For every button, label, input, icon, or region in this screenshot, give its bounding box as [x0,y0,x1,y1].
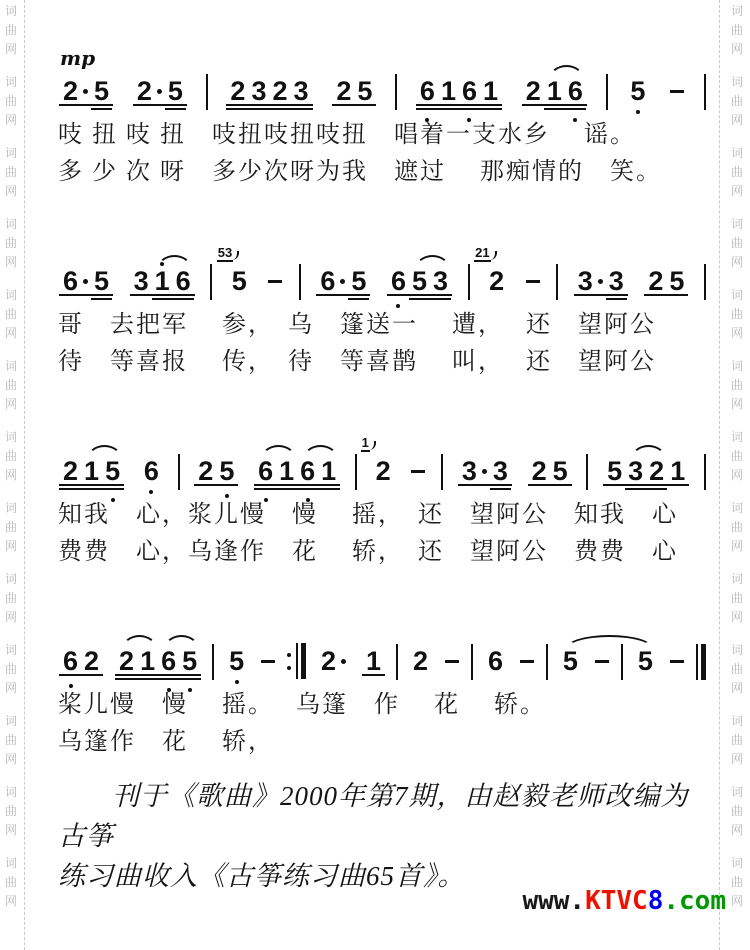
beam-line [115,674,201,676]
note-digit: 3 [628,454,643,488]
note-group: 6161 [253,454,341,488]
note: 3 [459,454,490,488]
note-group: 25 [193,454,239,488]
lyrics-line: 乌篷作 花 轿， [58,721,274,756]
barline [212,644,214,680]
beam-line [194,484,238,486]
thick-barline [301,643,306,679]
note-digit: 2 [230,74,245,108]
note-group: 2 [316,644,351,678]
note-group: 2165 [114,644,202,678]
barline [178,454,180,490]
beam-line [416,108,502,110]
footer-line-1: 刊于《歌曲》2000年第7期，由赵毅老师改编为古筝 [58,776,703,856]
beam-line [226,108,312,110]
note-group: 216 [521,74,588,108]
dash-line [445,660,459,663]
note-digit: 1 [140,644,155,678]
note-digit: 2 [137,74,152,108]
note: 553 [229,264,250,298]
note-digit: 5 [357,74,372,108]
barline [468,264,470,300]
note: 3 [490,454,511,488]
note-digit: 5 [607,454,622,488]
note: 5 [348,264,369,298]
dash-note [266,264,284,298]
note-group: 21 [371,454,396,488]
barline [299,264,301,300]
lyrics-line: 哥 去把军 参， 乌 篷送一 遭， 还 望阿公 [58,304,656,339]
dash-note [518,644,536,678]
note-digit: 2 [198,454,213,488]
note-digit: 1 [321,454,336,488]
note: 1 [667,454,688,488]
grace-note: 1 [361,436,370,452]
beam-line [544,108,565,110]
lyrics-line: 知我 心，浆儿慢 慢 摇， 还 望阿公 知我 心 [58,494,678,529]
note-digit: 1 [279,454,294,488]
beam-line [226,104,312,106]
note-digit: 2 [526,74,541,108]
note-group: 62 [58,644,104,678]
note-group: 6 [139,454,164,488]
note-group: 5 [625,74,650,108]
note-digit: 2 [648,264,663,298]
barline [546,644,548,680]
note-digit: 3 [493,454,508,488]
note: 1 [438,74,459,108]
thin-barline [696,644,698,680]
note-digit: 2 [84,644,99,678]
notes-row: 21562561612133255321 [58,454,706,494]
dash-line [261,660,275,663]
note-group: 25 [331,74,377,108]
lyrics-line: 多 少 次 呀 多少次呀为我 遮过 那痴情的 笑。 [58,151,662,186]
note: 6 [60,264,91,298]
note: 2 [116,644,137,678]
note-digit: 5 [105,454,120,488]
note-digit: 5 [638,644,653,678]
barline [395,74,397,110]
augmentation-dot [157,89,162,94]
beam-line [362,674,385,676]
beam-line [316,294,370,296]
note: 5 [354,74,375,108]
note: 3 [625,454,646,488]
notes-row: 6221655212655 [58,644,706,684]
beam-line [565,108,586,110]
beam-line [348,298,369,300]
barline [586,454,588,490]
dash-line [268,280,282,283]
note-digit: 6 [391,264,406,298]
dash-line [411,470,425,473]
note-digit: 3 [609,264,624,298]
barline [556,264,558,300]
note-digit: 5 [553,454,568,488]
thick-barline [701,644,706,680]
lyrics-line: 吱 扭 吱 扭 吱扭吱扭吱扭 唱着一支水乡 谣。 [58,114,636,149]
slur [303,445,338,459]
dash-line [670,90,684,93]
note: 2 [60,454,81,488]
dash-line [526,280,540,283]
note: 5 [635,644,656,678]
note-group: 6 [483,644,508,678]
note-digit: 2 [489,264,504,298]
note-digit: 6 [568,74,583,108]
note-group: 25 [58,74,114,108]
beam-line [91,298,112,300]
note: 1 [137,644,158,678]
slur [87,445,122,459]
note-digit: 6 [176,264,191,298]
beam-line [522,104,587,106]
note: 1 [480,74,501,108]
note-group: 215 [58,454,125,488]
note: 2 [269,74,290,108]
note: 1 [544,74,565,108]
barline [355,454,357,490]
notes-row: 252523232561612165 [58,74,706,114]
repeat-dot [287,653,291,657]
note: 6 [173,264,194,298]
note-digit: 5 [94,74,109,108]
beam-line [387,294,452,296]
beam-line [646,488,667,490]
note: 2 [645,264,666,298]
music-system: 65316553656532213325哥 去把军 参， 乌 篷送一 遭， 还 … [58,248,706,304]
note-digit: 3 [578,264,593,298]
barline [606,74,608,110]
note: 6 [297,454,318,488]
note-digit: 5 [563,644,578,678]
barline [210,264,212,300]
note: 6 [317,264,348,298]
site-watermark-8: 8 [648,886,664,916]
note-digit: 5 [630,74,645,108]
note-digit: 2 [119,644,134,678]
beam-line [59,674,103,676]
note: 5 [409,264,430,298]
beam-line [173,298,194,300]
beam-line [644,294,688,296]
note: 3 [131,264,152,298]
barline [471,644,473,680]
note: 3 [248,74,269,108]
dash-note [409,454,427,488]
note: 3 [606,264,627,298]
note-digit: 2 [63,74,78,108]
note-group: 653 [386,264,453,298]
note-digit: 2 [532,454,547,488]
note-group: 1 [361,644,386,678]
note-group: 221 [484,264,509,298]
note: 2 [195,454,216,488]
note: 3 [430,264,451,298]
note: 5 [165,74,186,108]
note-digit: 5 [232,264,247,298]
slur [631,445,666,459]
note: 2 [227,74,248,108]
note: 3 [291,74,312,108]
note-digit: 1 [547,74,562,108]
note-digit: 3 [462,454,477,488]
note-group: 65 [315,264,371,298]
note-group: 5321 [602,454,690,488]
note: 21 [373,454,394,488]
barline [441,454,443,490]
lyrics-line: 费费 心，乌逢作 花 轿， 还 望阿公 费费 心 [58,531,678,566]
dash-note [668,74,686,108]
repeat-dot [287,666,291,670]
note-digit: 3 [251,74,266,108]
beam-line [59,488,124,490]
beam-line [409,298,430,300]
note-group: 25 [643,264,689,298]
barline [704,74,706,110]
dash-line [670,660,684,663]
octave-dot-low [636,110,640,114]
note-group: 5 [633,644,658,678]
barline [704,264,706,300]
note: 2 [60,74,91,108]
note: 1 [276,454,297,488]
note: 1 [318,454,339,488]
note-group: 6161 [415,74,503,108]
note-digit: 6 [63,644,78,678]
augmentation-dot [482,469,487,474]
beam-line [528,484,572,486]
note-digit: 2 [63,454,78,488]
beam-line [59,484,124,486]
beam-line [133,104,187,106]
site-watermark: www.KTVC8.com [522,886,726,916]
dynamic-marking: mp [60,46,95,70]
note-digit: 6 [161,644,176,678]
slur [164,635,199,649]
note-group: 25 [132,74,188,108]
repeat-dots [287,653,291,670]
note: 6 [417,74,438,108]
note-digit: 2 [413,644,428,678]
dash-note [259,644,277,678]
beam-line [458,484,512,486]
note: 2 [134,74,165,108]
note: 6 [388,264,409,298]
slur [549,65,584,79]
augmentation-dot [598,279,603,284]
note-group: 33 [457,454,513,488]
beam-line [59,104,113,106]
site-watermark-www: www. [522,886,585,916]
note-digit: 5 [219,454,234,488]
note: 1 [363,644,384,678]
note-digit: 3 [134,264,149,298]
note: 5 [627,74,648,108]
dash-note [668,644,686,678]
note-digit: 5 [669,264,684,298]
note-digit: 5 [412,264,427,298]
grace-note: 21 [474,246,490,262]
note: 6 [255,454,276,488]
note: 5 [550,454,571,488]
note: 6 [141,454,162,488]
note-digit: 1 [155,264,170,298]
site-watermark-com: .com [663,886,726,916]
note: 5 [91,264,112,298]
dash-note [593,644,611,678]
beam-line [59,294,113,296]
augmentation-dot [83,89,88,94]
beam-line [115,678,201,680]
beam-line [416,104,502,106]
note: 2 [410,644,431,678]
note-digit: 6 [488,644,503,678]
note-digit: 6 [63,264,78,298]
beam-line [165,108,186,110]
slur [565,635,654,649]
note-group: 2323 [225,74,313,108]
note: 5 [604,454,625,488]
lyrics-line: 桨儿慢 慢 摇。 乌篷 作 花 轿。 [58,684,546,719]
dash-note [524,264,542,298]
note-digit: 5 [94,264,109,298]
lyrics-line: 待 等喜报 传， 待 等喜鹊 叫， 还 望阿公 [58,341,656,376]
note: 5 [102,454,123,488]
notes-row: 65316553656532213325 [58,264,706,304]
note-digit: 2 [336,74,351,108]
beam-line [91,108,112,110]
note-group: 33 [573,264,629,298]
note-group: 316 [129,264,196,298]
note-digit: 1 [84,454,99,488]
beam-line [430,298,451,300]
beam-line [332,104,376,106]
note-digit: 5 [168,74,183,108]
note: 5 [91,74,112,108]
note-digit: 2 [321,644,336,678]
note: 5 [560,644,581,678]
note: 6 [565,74,586,108]
note: 2 [81,644,102,678]
note: 5 [666,264,687,298]
beam-line [152,298,173,300]
grace-note: 53 [217,246,233,262]
note-group: 65 [58,264,114,298]
note-digit: 2 [272,74,287,108]
beam-line [254,484,340,486]
note-digit: 2 [376,454,391,488]
note: 5 [226,644,247,678]
note-group: 5 [558,644,583,678]
note-digit: 1 [366,644,381,678]
barline [621,644,623,680]
barline [206,74,208,110]
note: 3 [575,264,606,298]
note-digit: 5 [351,264,366,298]
slur [157,255,192,269]
note-digit: 3 [294,74,309,108]
note-digit: 2 [649,454,664,488]
note: 6 [485,644,506,678]
note-digit: 6 [462,74,477,108]
slur [415,255,450,269]
note: 5 [216,454,237,488]
note-digit: 6 [258,454,273,488]
music-system: mp252523232561612165吱 扭 吱 扭 吱扭吱扭吱扭 唱着一支水… [58,58,706,114]
dash-line [595,660,609,663]
note-digit: 6 [320,264,335,298]
site-watermark-ktvc: KTVC [585,886,648,916]
beam-line [606,298,627,300]
note-digit: 1 [483,74,498,108]
beam-line [625,488,646,490]
note-digit: 1 [441,74,456,108]
note: 6 [158,644,179,678]
note-digit: 3 [433,264,448,298]
note-digit: 5 [182,644,197,678]
note-digit: 6 [420,74,435,108]
slur [261,445,296,459]
note-group: 553 [227,264,252,298]
beam-line [490,488,511,490]
beam-line [603,484,689,486]
note-digit: 5 [229,644,244,678]
note: 6 [459,74,480,108]
footer-note: 刊于《歌曲》2000年第7期，由赵毅老师改编为古筝 练习曲收入《古筝练习曲65首… [58,776,703,896]
note: 6 [60,644,81,678]
note: 2 [523,74,544,108]
note-digit: 6 [144,454,159,488]
note: 2 [529,454,550,488]
note-group: 25 [527,454,573,488]
augmentation-dot [83,279,88,284]
dash-note [443,644,461,678]
note-group: 5 [224,644,249,678]
barline [704,454,706,490]
note: 2 [333,74,354,108]
note: 1 [152,264,173,298]
final-barline [696,644,706,678]
note: 2 [646,454,667,488]
note-digit: 6 [300,454,315,488]
beam-line [574,294,628,296]
barline [396,644,398,680]
note-digit: 1 [670,454,685,488]
music-system: 21562561612133255321知我 心，浆儿慢 慢 摇， 还 望阿公 … [58,438,706,494]
repeat-end-barline [287,644,306,678]
dash-line [520,660,534,663]
beam-line [254,488,340,490]
note: 2 [318,644,349,678]
note: 5 [179,644,200,678]
augmentation-dot [341,659,346,664]
note-group: 2 [408,644,433,678]
augmentation-dot [340,279,345,284]
slur [122,635,157,649]
note: 1 [81,454,102,488]
beam-line [130,294,195,296]
note: 221 [486,264,507,298]
music-system: 6221655212655桨儿慢 慢 摇。 乌篷 作 花 轿。乌篷作 花 轿， [58,628,706,684]
thin-barline [296,643,298,679]
